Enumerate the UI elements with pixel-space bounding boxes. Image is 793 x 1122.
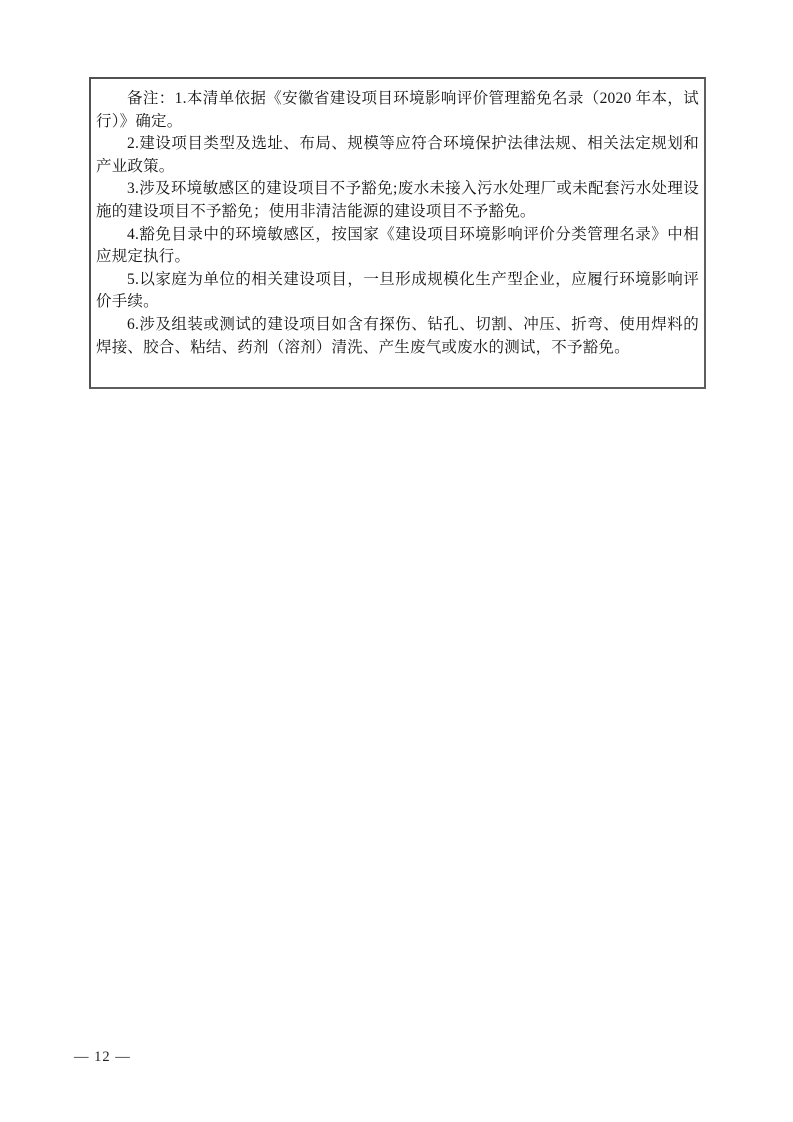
document-page: 备注：1.本清单依据《安徽省建设项目环境影响评价管理豁免名录（2020 年本，试… xyxy=(0,0,793,1122)
notes-box: 备注：1.本清单依据《安徽省建设项目环境影响评价管理豁免名录（2020 年本，试… xyxy=(89,77,706,389)
note-paragraph-2: 2.建设项目类型及选址、布局、规模等应符合环境保护法律法规、相关法定规划和产业政… xyxy=(96,133,699,178)
note-paragraph-6: 6.涉及组装或测试的建设项目如含有探伤、钻孔、切割、冲压、折弯、使用焊料的焊接、… xyxy=(96,314,699,359)
note-paragraph-3: 3.涉及环境敏感区的建设项目不予豁免;废水未接入污水处理厂或未配套污水处理设施的… xyxy=(96,178,699,223)
note-paragraph-4: 4.豁免目录中的环境敏感区，按国家《建设项目环境影响评价分类管理名录》中相应规定… xyxy=(96,224,699,269)
note-paragraph-1: 备注：1.本清单依据《安徽省建设项目环境影响评价管理豁免名录（2020 年本，试… xyxy=(96,88,699,133)
page-number: — 12 — xyxy=(74,1048,131,1066)
note-paragraph-5: 5.以家庭为单位的相关建设项目，一旦形成规模化生产型企业，应履行环境影响评价手续… xyxy=(96,269,699,314)
